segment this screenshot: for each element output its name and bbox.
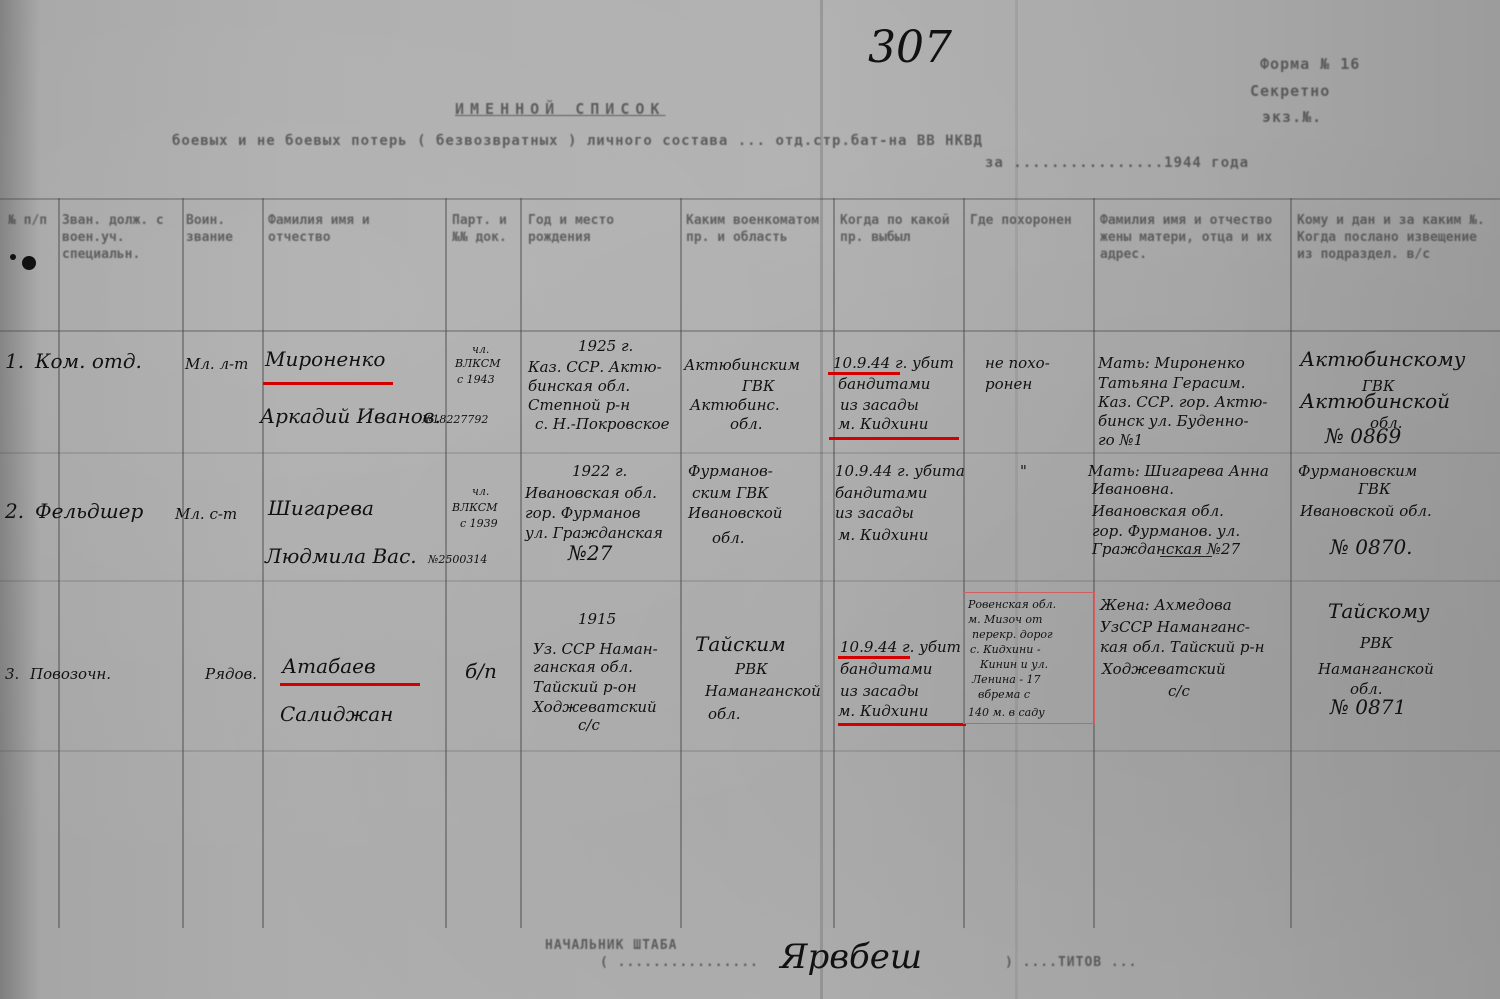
row-birth-year: 1922 г.	[572, 460, 627, 482]
red-underline	[280, 683, 420, 686]
secrecy-label: Секретно	[1250, 82, 1330, 100]
row-relatives: Ивановская обл.	[1092, 500, 1224, 522]
row-commissariat: Актюбинским	[684, 354, 800, 376]
row-buried: м. Мизоч от	[968, 612, 1042, 627]
row-birth-place: Тайский р-он	[533, 676, 637, 698]
row-birth-year: 1925 г.	[578, 335, 633, 357]
col-header-buried: Где похоронен	[970, 212, 1090, 229]
paper-fold	[1015, 0, 1018, 999]
row-commissariat: РВК	[735, 658, 768, 680]
col-header-full-name: Фамилия имя и отчество	[268, 212, 438, 246]
row-buried: перекр. дорог	[972, 627, 1053, 642]
row-surname: Мироненко	[265, 348, 385, 370]
row-buried: вбрема с	[978, 687, 1030, 702]
row-name-patronymic: Салиджан	[280, 703, 393, 725]
row-buried: 140 м. в саду	[968, 705, 1045, 720]
row-divider	[0, 452, 1500, 454]
scanned-document: 307 Форма № 16 Секретно экз.№. ИМЕННОЙ С…	[0, 0, 1500, 999]
row-birth-place: с/с	[578, 714, 600, 736]
row-relatives: го №1	[1098, 429, 1143, 451]
row-notified: Актюбинскому	[1300, 348, 1465, 370]
document-title: ИМЕННОЙ СПИСОК	[455, 100, 665, 118]
col-divider	[262, 198, 264, 928]
row-place: м. Кидхини	[838, 700, 928, 722]
col-divider	[680, 198, 682, 928]
row-place: м. Кидхини	[838, 413, 928, 435]
row-party-card: №18227792	[422, 412, 488, 427]
ink-blot	[10, 254, 16, 260]
row-cause: бандитами	[840, 658, 932, 680]
row-commissariat: обл.	[708, 703, 741, 725]
row-buried: Ровенская обл.	[968, 597, 1056, 612]
row-birth-place: гор. Фурманов	[525, 502, 641, 524]
col-header-relatives: Фамилия имя и отчество жены матери, отца…	[1100, 212, 1285, 263]
row-buried: с. Кидхини -	[970, 642, 1041, 657]
row-relatives: Ивановна.	[1092, 478, 1174, 500]
table-top-border	[0, 198, 1500, 200]
row-number: 3.	[5, 663, 19, 685]
ink-underline	[1160, 556, 1212, 557]
row-date-killed: 10.9.44 г. убит	[840, 636, 961, 658]
footer-chief-of-staff-label: НАЧАЛЬНИК ШТАБА	[545, 938, 677, 953]
signature: Ярвбеш	[780, 937, 922, 977]
ink-blot	[22, 256, 36, 270]
row-birth-place: №27	[568, 542, 612, 564]
row-notice-number: № 0869	[1325, 425, 1401, 447]
col-divider	[520, 198, 522, 928]
col-divider	[833, 198, 835, 928]
row-commissariat: Ивановской	[688, 502, 782, 524]
col-divider	[58, 198, 60, 928]
row-place: м. Кидхини	[838, 524, 928, 546]
row-rank: Мл. л-т	[185, 353, 248, 375]
row-position: Ком. отд.	[35, 350, 142, 372]
col-divider	[1290, 198, 1292, 928]
row-birth-place: с. Н.-Покровское	[535, 413, 670, 435]
col-header-rank: Воин. звание	[186, 212, 260, 246]
row-buried: ронен	[985, 373, 1032, 395]
col-header-position: Зван. долж. с воен.уч. специальн.	[62, 212, 180, 263]
row-notice-number: № 0871	[1330, 696, 1406, 718]
copy-number: экз.№.	[1262, 108, 1322, 126]
row-party: с 1939	[460, 516, 498, 531]
col-divider	[1093, 198, 1095, 928]
document-period: за ................1944 года	[985, 155, 1249, 171]
row-number: 1.	[5, 350, 24, 372]
row-party: чл.	[472, 342, 489, 357]
row-cause: бандитами	[838, 373, 930, 395]
row-cause: из засады	[835, 502, 914, 524]
row-party: с 1943	[457, 372, 495, 387]
row-commissariat: ским ГВК	[692, 482, 769, 504]
form-number: Форма № 16	[1260, 55, 1360, 73]
red-underline	[838, 723, 966, 726]
row-party: б/п	[465, 660, 497, 682]
row-commissariat: Тайским	[695, 633, 786, 655]
row-buried: не похо-	[985, 352, 1050, 374]
row-divider	[0, 750, 1500, 752]
header-bottom-border	[0, 330, 1500, 332]
row-relatives: Мать: Мироненко	[1098, 352, 1245, 374]
row-date-killed: 10.9.44 г. убита	[835, 460, 965, 482]
col-header-when-left: Когда по какой пр. выбыл	[840, 212, 960, 246]
row-notified: Актюбинской	[1300, 390, 1450, 412]
red-underline	[263, 382, 393, 385]
row-commissariat: обл.	[730, 413, 763, 435]
row-commissariat: Наманганской	[705, 680, 821, 702]
row-notified: ГВК	[1358, 478, 1391, 500]
row-party: ВЛКСМ	[455, 356, 500, 371]
row-position: Фельдшер	[35, 500, 143, 522]
footer-name-label: ) ....ТИТОВ ...	[1005, 955, 1137, 970]
red-underline	[829, 437, 959, 440]
row-name-patronymic: Людмила Вас.	[265, 545, 417, 567]
row-relatives: Жена: Ахмедова	[1100, 594, 1232, 616]
row-relatives: кая обл. Тайский р-н	[1100, 636, 1264, 658]
row-party: чл.	[472, 484, 489, 499]
col-divider	[963, 198, 965, 928]
row-surname: Атабаев	[282, 655, 376, 677]
col-header-number: № п/п	[8, 212, 56, 229]
row-rank: Рядов.	[205, 663, 257, 685]
footer-rank-label: ( ................	[600, 955, 759, 970]
row-buried: Ленина - 17	[972, 672, 1041, 687]
row-notified: Наманганской	[1318, 658, 1434, 680]
row-party: ВЛКСМ	[452, 500, 497, 515]
row-rank: Мл. с-т	[175, 503, 237, 525]
row-position: Повозочн.	[30, 663, 111, 685]
document-subtitle: боевых и не боевых потерь ( безвозвратны…	[172, 133, 983, 149]
row-commissariat: Фурманов-	[688, 460, 773, 482]
row-surname: Шигарева	[268, 497, 374, 519]
row-buried-ditto: "	[1020, 460, 1027, 482]
col-header-commissariat: Каким военкоматом пр. и область	[686, 212, 831, 246]
row-notified: Тайскому	[1328, 600, 1430, 622]
row-buried: Кинин и ул.	[980, 657, 1048, 672]
page-number: 307	[868, 22, 952, 73]
row-relatives: УзССР Наманганс-	[1100, 616, 1250, 638]
col-divider	[182, 198, 184, 928]
row-commissariat: обл.	[712, 527, 745, 549]
col-header-birth: Год и место рождения	[528, 212, 678, 246]
row-relatives: Ходжеватский	[1102, 658, 1226, 680]
col-header-notified: Кому и дан и за каким №. Когда послано и…	[1297, 212, 1497, 263]
row-birth-year: 1915	[578, 608, 616, 630]
col-header-party: Парт. и №№ док.	[452, 212, 516, 246]
row-cause: из засады	[840, 680, 919, 702]
row-name-patronymic: Аркадий Иванов.	[260, 405, 441, 427]
row-birth-place: Ивановская обл.	[525, 482, 657, 504]
row-number: 2.	[5, 500, 24, 522]
row-notified: РВК	[1360, 632, 1393, 654]
row-notified: Ивановской обл.	[1300, 500, 1432, 522]
row-notice-number: № 0870.	[1330, 536, 1413, 558]
row-cause: бандитами	[835, 482, 927, 504]
paper-fold	[820, 0, 823, 999]
row-birth-place: ганская обл.	[533, 656, 633, 678]
row-divider	[0, 580, 1500, 582]
row-date-killed: 10.9.44 г. убит	[833, 352, 954, 374]
row-relatives: с/с	[1168, 680, 1190, 702]
row-party-card: №2500314	[428, 552, 487, 567]
